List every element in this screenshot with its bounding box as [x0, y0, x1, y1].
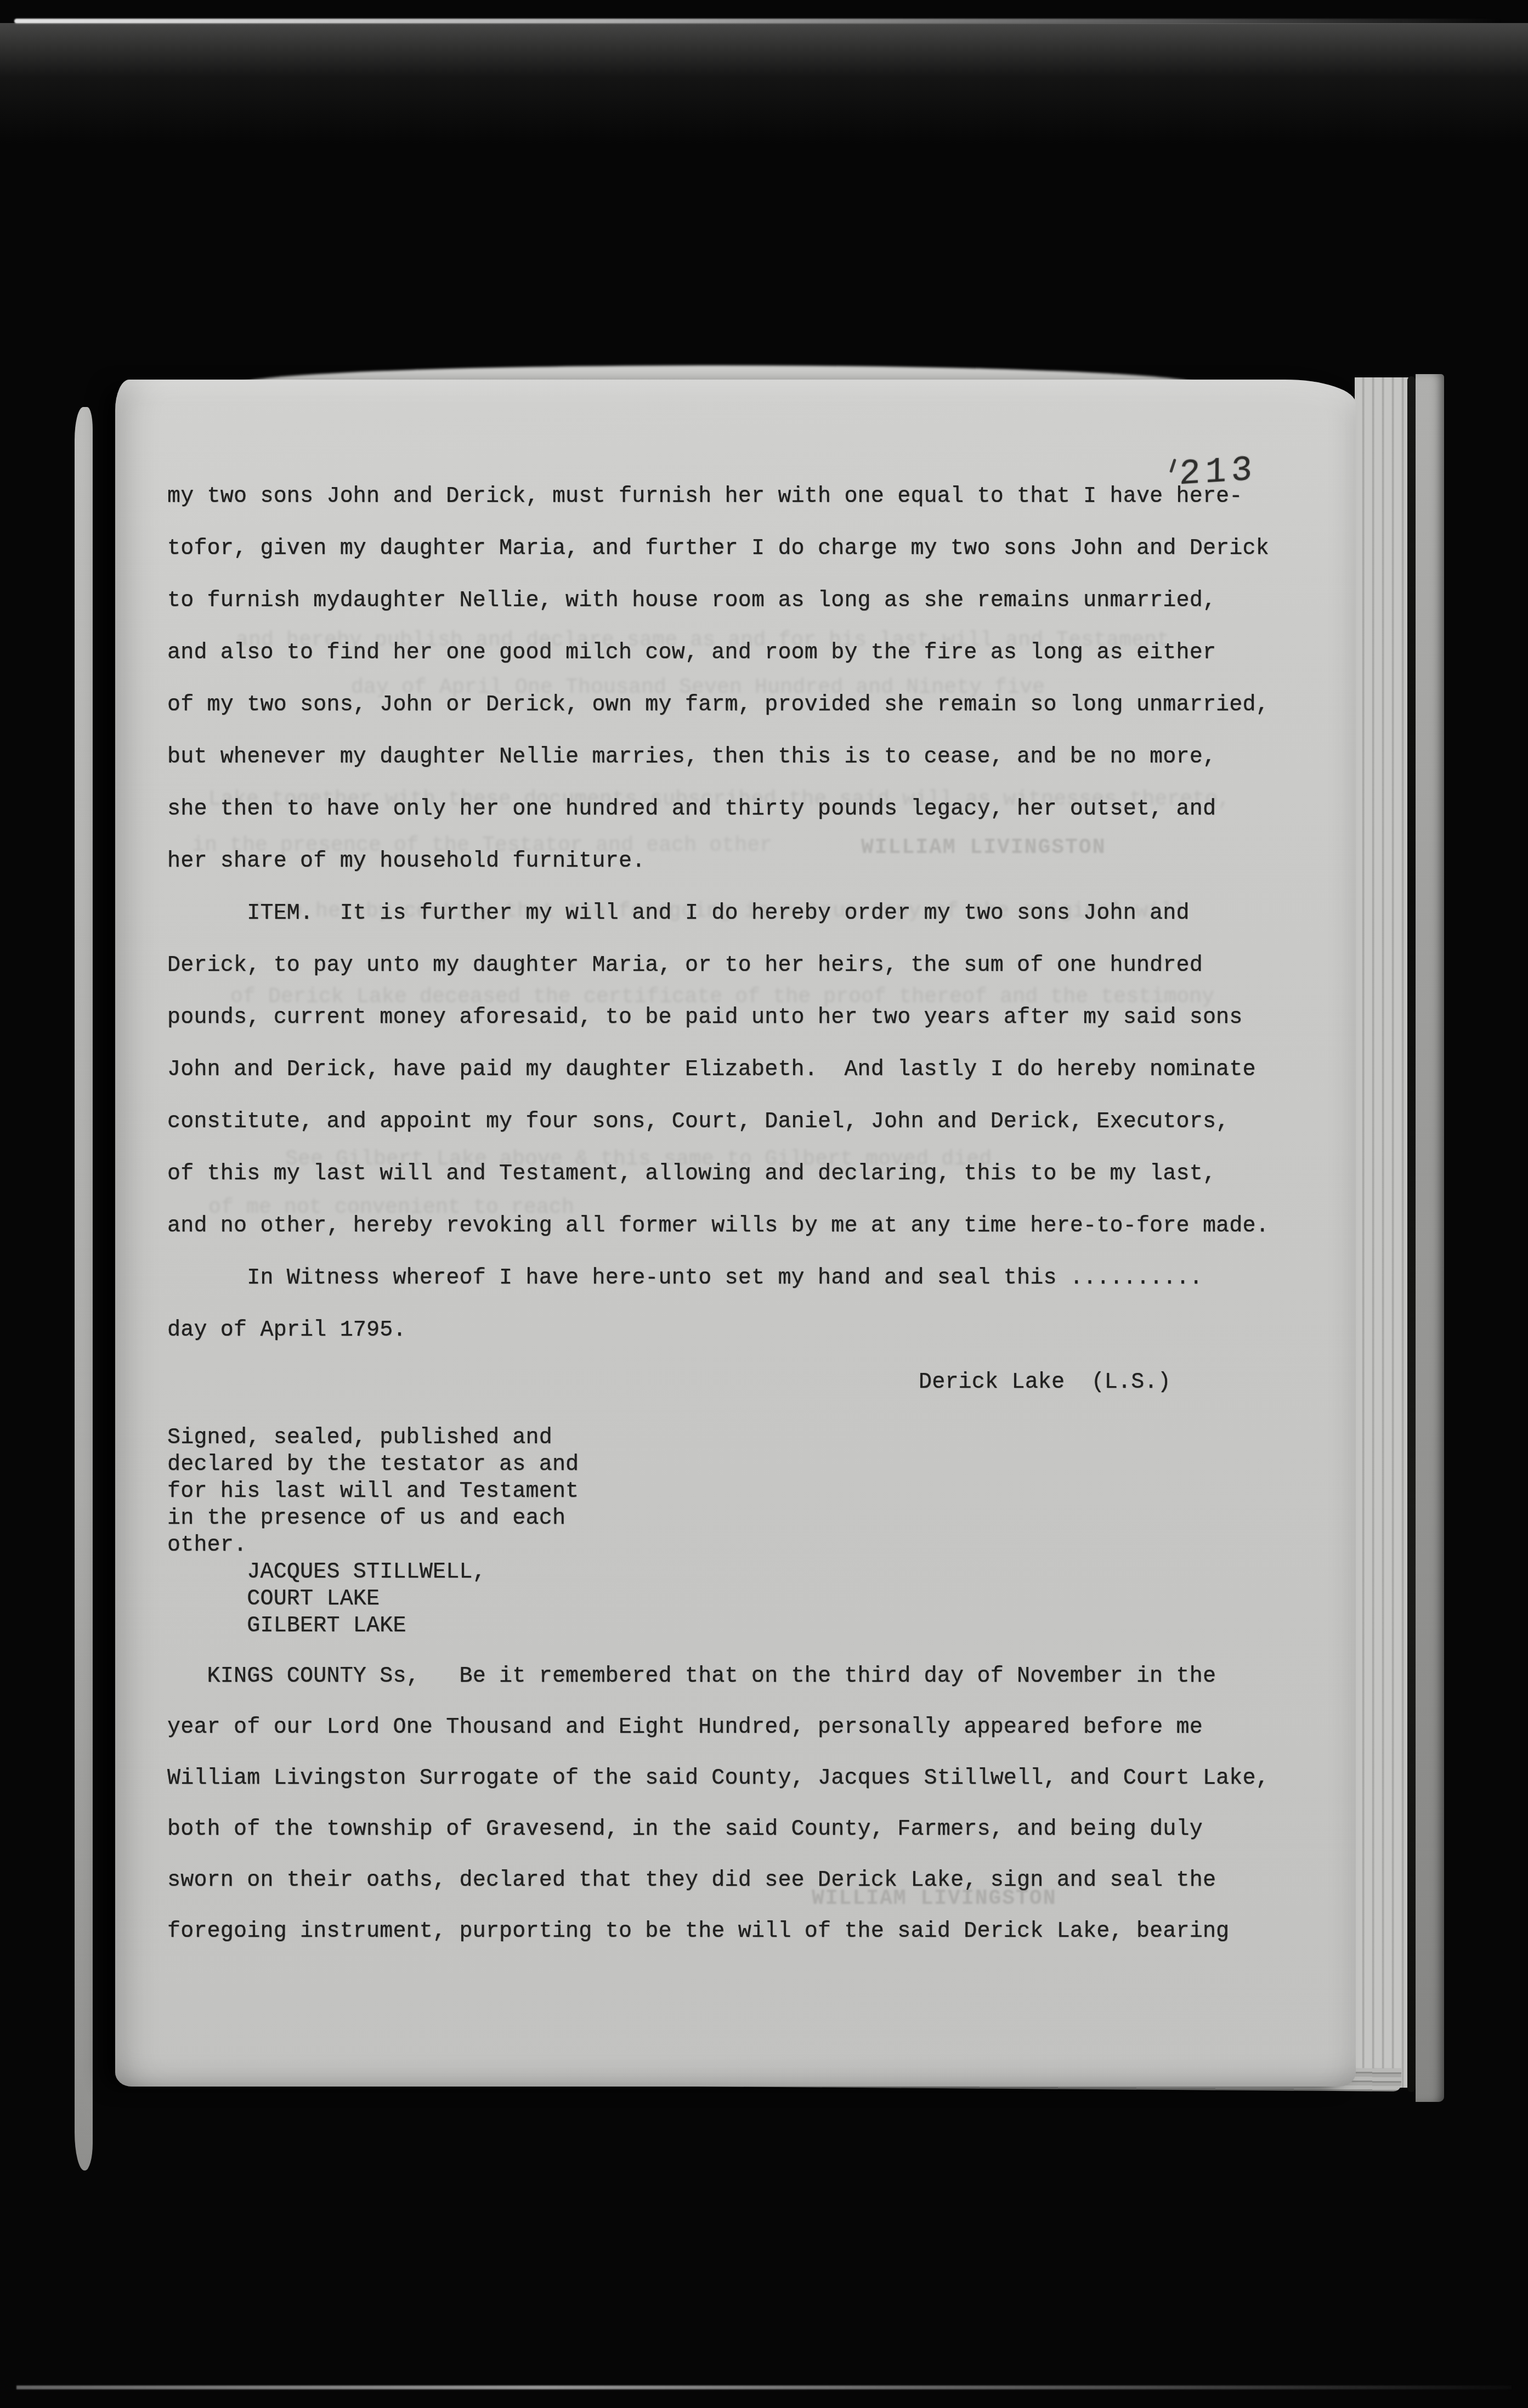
book-cover-edge-right: [1416, 374, 1444, 2102]
text-line: ITEM. It is further my will and I do her…: [167, 888, 1297, 940]
text-line: to furnish mydaughter Nellie, with house…: [167, 575, 1297, 627]
scan-glow-band-top: [0, 23, 1528, 144]
text-line: other.: [167, 1532, 1297, 1559]
text-line: pounds, current money aforesaid, to be p…: [167, 992, 1297, 1044]
book-spine-shadow-line: [1407, 376, 1416, 2092]
text-line: of my two sons, John or Derick, own my f…: [167, 679, 1297, 731]
text-line: of this my last will and Testament, allo…: [167, 1148, 1297, 1200]
text-line: year of our Lord One Thousand and Eight …: [167, 1702, 1297, 1753]
item-clause-paragraph: ITEM. It is further my will and I do her…: [167, 888, 1297, 1252]
text-line: she then to have only her one hundred an…: [167, 783, 1297, 835]
text-line: foregoing instrument, purporting to be t…: [167, 1906, 1297, 1957]
underlying-page-edge-left: [75, 407, 93, 2170]
text-line: GILBERT LAKE: [167, 1613, 1297, 1640]
text-line: sworn on their oaths, declared that they…: [167, 1855, 1297, 1906]
text-line: and no other, hereby revoking all former…: [167, 1200, 1297, 1252]
text-line: her share of my household furniture.: [167, 835, 1297, 888]
attestation-clause: Signed, sealed, published anddeclared by…: [167, 1425, 1297, 1559]
text-line: my two sons John and Derick, must furnis…: [167, 471, 1297, 523]
text-line: tofor, given my daughter Maria, and furt…: [167, 523, 1297, 575]
text-line: and also to find her one good milch cow,…: [167, 627, 1297, 679]
kings-county-probate-paragraph: KINGS COUNTY Ss, Be it remembered that o…: [167, 1651, 1297, 1957]
text-line: Signed, sealed, published and: [167, 1425, 1297, 1451]
text-line: In Witness whereof I have here-unto set …: [167, 1252, 1297, 1304]
scanned-will-photograph: { "document": { "page_number": "213", "b…: [0, 0, 1528, 2408]
testator-signature-line: Derick Lake (L.S.): [919, 1356, 1528, 1409]
text-line: in the presence of us and each: [167, 1505, 1297, 1532]
text-line: JACQUES STILLWELL,: [167, 1559, 1297, 1586]
text-line: but whenever my daughter Nellie marries,…: [167, 731, 1297, 783]
text-line: for his last will and Testament: [167, 1478, 1297, 1505]
text-line: day of April 1795.: [167, 1304, 1297, 1356]
text-line: constitute, and appoint my four sons, Co…: [167, 1096, 1297, 1148]
page-stack-fore-edge-right: [1355, 377, 1408, 2088]
text-line: both of the township of Gravesend, in th…: [167, 1804, 1297, 1855]
text-line: declared by the testator as and: [167, 1451, 1297, 1478]
text-line: William Livingston Surrogate of the said…: [167, 1753, 1297, 1804]
text-line: John and Derick, have paid my daughter E…: [167, 1044, 1297, 1096]
in-witness-clause: In Witness whereof I have here-unto set …: [167, 1252, 1297, 1356]
text-line: Derick, to pay unto my daughter Maria, o…: [167, 940, 1297, 992]
text-line: KINGS COUNTY Ss, Be it remembered that o…: [167, 1651, 1297, 1702]
witness-name-list: JACQUES STILLWELL, COURT LAKE GILBERT LA…: [167, 1559, 1297, 1640]
scan-light-streak-bottom: [16, 2386, 1512, 2389]
will-body-paragraph: my two sons John and Derick, must furnis…: [167, 471, 1297, 888]
text-line: COURT LAKE: [167, 1586, 1297, 1613]
